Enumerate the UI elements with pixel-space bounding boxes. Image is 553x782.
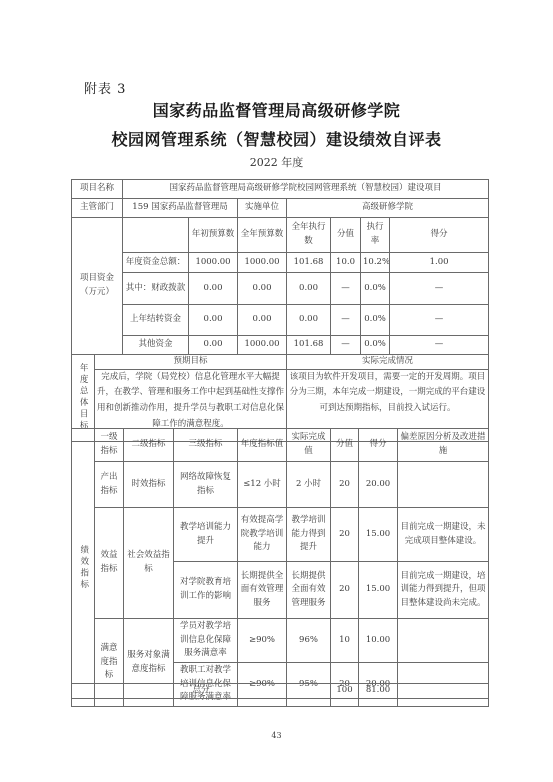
funds-row-other: 其他资金 0.00 1000.00 101.68 — 0.0% — (72, 336, 489, 355)
funds-header-blank (123, 218, 189, 253)
level2-timeliness: 时效指标 (124, 462, 174, 508)
level3-indicator: 对学院教育培训工作的影响 (174, 562, 238, 619)
remark (398, 619, 489, 663)
actual-completion-header: 实际完成情况 (287, 355, 489, 370)
header-score-value: 分值 (331, 429, 359, 462)
score-value: 20 (331, 462, 359, 508)
funds-row-total: 年度资金总额： 1000.00 1000.00 101.68 10.0 10.2… (72, 253, 489, 273)
document-title-line1: 国家药品监督管理局高级研修学院 (0, 98, 553, 121)
level3-indicator: 学员对教学培训信息化保障服务满意率 (174, 619, 238, 663)
target-value: 有效提高学院教学培训能力 (238, 508, 287, 562)
self-evaluation-table-upper: 项目名称 国家药品监督管理局高级研修学院校园网管理系统（智慧校园）建设项目 主管… (71, 179, 489, 442)
actual-value: 教学培训能力得到提升 (287, 508, 331, 562)
header-actual: 实际完成值 (287, 429, 331, 462)
funds-row-score-value: 10.0 (331, 253, 361, 273)
funds-row-rate: 10.2% (361, 253, 390, 273)
funds-row-carryover: 上年结转资金 0.00 0.00 0.00 — 0.0% — (72, 305, 489, 336)
funds-row-name: 上年结转资金 (123, 305, 189, 336)
indicator-row: 效益指标 社会效益指标 教学培训能力提升 有效提高学院教学培训能力 教学培训能力… (72, 508, 489, 562)
funds-row-annual: 1000.00 (238, 336, 287, 355)
actual-value: 2 小时 (287, 462, 331, 508)
header-level1: 一级指标 (95, 429, 124, 462)
score: 20.00 (359, 462, 398, 508)
funds-header-score-value: 分值 (331, 218, 361, 253)
funds-label: 项目资金（万元） (72, 218, 123, 355)
funds-header-rate: 执行率 (361, 218, 390, 253)
funds-header-annual: 全年预算数 (238, 218, 287, 253)
header-level2: 二级指标 (124, 429, 174, 462)
funds-row-score-value: — (331, 305, 361, 336)
header-level3: 三级指标 (174, 429, 238, 462)
funds-row-executed: 101.68 (287, 253, 331, 273)
remark: 目前完成一期建设，未完成项目整体建设。 (398, 508, 489, 562)
level2-social-benefit: 社会效益指标 (124, 508, 174, 619)
project-name-row: 项目名称 国家药品监督管理局高级研修学院校园网管理系统（智慧校园）建设项目 (72, 180, 489, 199)
score-value: 20 (331, 562, 359, 619)
funds-row-annual: 1000.00 (238, 253, 287, 273)
actual-value: 长期提供全面有效管理服务 (287, 562, 331, 619)
funds-row-executed: 0.00 (287, 273, 331, 305)
impl-value: 高级研修学院 (287, 199, 489, 218)
level3-indicator: 网络故障恢复指标 (174, 462, 238, 508)
performance-header-row: 绩效指标 一级指标 二级指标 三级指标 年度指标值 实际完成值 分值 得分 偏差… (72, 429, 489, 462)
score-value: 20 (331, 508, 359, 562)
remark (398, 462, 489, 508)
actual-value: 96% (287, 619, 331, 663)
target-value: ≥90% (238, 619, 287, 663)
target-value: ≤12 小时 (238, 462, 287, 508)
project-name-value: 国家药品监督管理局高级研修学院校园网管理系统（智慧校园）建设项目 (123, 180, 489, 199)
funds-row-executed: 101.68 (287, 336, 331, 355)
funds-row-name: 其中：财政拨款 (123, 273, 189, 305)
indicator-row: 产出指标 时效指标 网络故障恢复指标 ≤12 小时 2 小时 20 20.00 (72, 462, 489, 508)
funds-row-score: — (390, 273, 489, 305)
impl-label: 实施单位 (238, 199, 287, 218)
remark: 目前完成一期建设，培训能力得到提升，但项目整体建设尚未完成。 (398, 562, 489, 619)
funds-header-initial: 年初预算数 (189, 218, 238, 253)
self-evaluation-table-performance: 绩效指标 一级指标 二级指标 三级指标 年度指标值 实际完成值 分值 得分 偏差… (71, 428, 489, 707)
dept-row: 主管部门 159 国家药品监督管理局 实施单位 高级研修学院 (72, 199, 489, 218)
expected-goal-header: 预期目标 (95, 355, 287, 370)
funds-row-executed: 0.00 (287, 305, 331, 336)
page-number: 43 (0, 731, 553, 740)
total-score-value: 100 (331, 684, 359, 699)
header-remark: 偏差原因分析及改进措施 (398, 429, 489, 462)
score: 15.00 (359, 508, 398, 562)
funds-row-name: 其他资金 (123, 336, 189, 355)
funds-header-row: 项目资金（万元） 年初预算数 全年预算数 全年执行数 分值 执行率 得分 (72, 218, 489, 253)
funds-row-score: — (390, 305, 489, 336)
funds-row-score-value: — (331, 273, 361, 305)
dept-value: 159 国家药品监督管理局 (123, 199, 238, 218)
level1-output: 产出指标 (95, 462, 124, 508)
funds-row-annual: 0.00 (238, 273, 287, 305)
funds-row-initial: 0.00 (189, 336, 238, 355)
funds-header-score: 得分 (390, 218, 489, 253)
funds-row-rate: 0.0% (361, 305, 390, 336)
total-remark (398, 684, 489, 699)
total-row: 总分 100 81.00 (72, 684, 489, 699)
score: 10.00 (359, 619, 398, 663)
overall-goal-header-row: 年度总体目标 预期目标 实际完成情况 (72, 355, 489, 370)
score: 15.00 (359, 562, 398, 619)
funds-row-initial: 1000.00 (189, 253, 238, 273)
level3-indicator: 教学培训能力提升 (174, 508, 238, 562)
header-score: 得分 (359, 429, 398, 462)
indicator-row: 满意度指标 服务对象满意度指标 学员对教学培训信息化保障服务满意率 ≥90% 9… (72, 619, 489, 663)
funds-row-annual: 0.00 (238, 305, 287, 336)
total-label: 总分 (72, 684, 331, 699)
target-value: 长期提供全面有效管理服务 (238, 562, 287, 619)
funds-row-initial: 0.00 (189, 305, 238, 336)
funds-row-fiscal: 其中：财政拨款 0.00 0.00 0.00 — 0.0% — (72, 273, 489, 305)
funds-row-score: 1.00 (390, 253, 489, 273)
annex-label: 附表 3 (84, 78, 126, 97)
funds-row-rate: 0.0% (361, 336, 390, 355)
funds-row-score-value: — (331, 336, 361, 355)
funds-row-rate: 0.0% (361, 273, 390, 305)
dept-label: 主管部门 (72, 199, 123, 218)
funds-row-initial: 0.00 (189, 273, 238, 305)
document-title-line2: 校园网管理系统（智慧校园）建设绩效自评表 (0, 127, 553, 150)
funds-header-executed: 全年执行数 (287, 218, 331, 253)
total-score: 81.00 (359, 684, 398, 699)
funds-row-score: — (390, 336, 489, 355)
score-value: 10 (331, 619, 359, 663)
total-score-table: 总分 100 81.00 (71, 683, 489, 699)
performance-label: 绩效指标 (72, 429, 95, 707)
funds-row-name: 年度资金总额： (123, 253, 189, 273)
document-year: 2022 年度 (0, 154, 553, 170)
level1-benefit: 效益指标 (95, 508, 124, 619)
header-target: 年度指标值 (238, 429, 287, 462)
project-name-label: 项目名称 (72, 180, 123, 199)
